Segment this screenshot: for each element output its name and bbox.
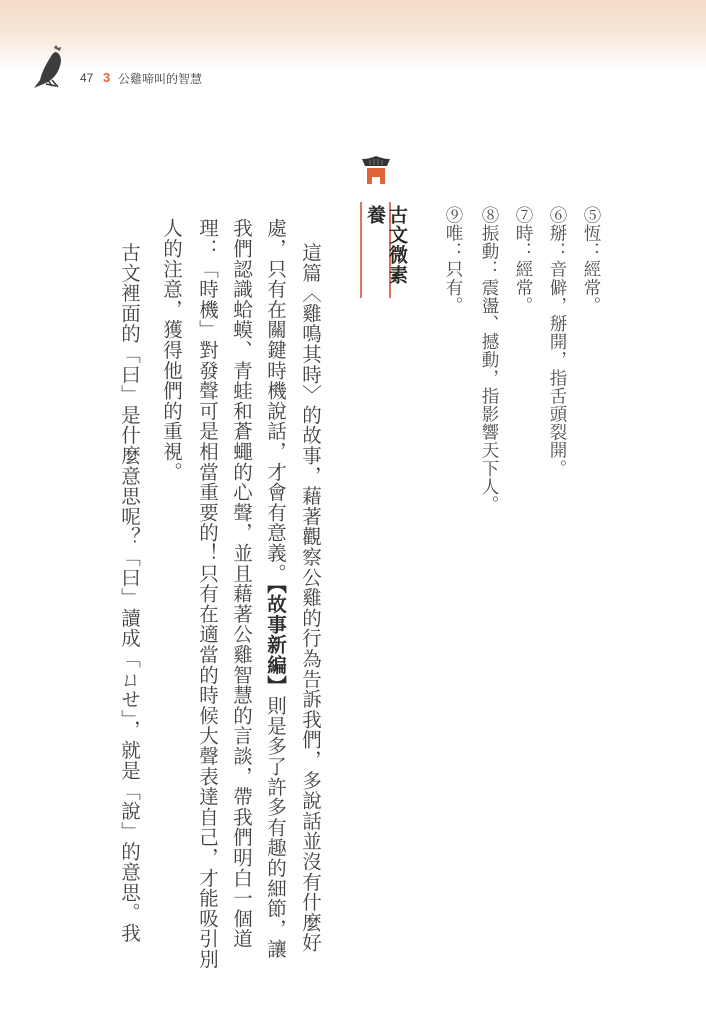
note-number: ⑤ xyxy=(581,206,601,224)
story-retelling-label: 【故事新編】 xyxy=(264,583,287,695)
header-background-wash xyxy=(0,0,706,70)
body-text: 則是多了許多有趣的細節，讓 xyxy=(264,695,287,959)
note-number: ⑥ xyxy=(547,206,567,224)
pagoda-roof-icon xyxy=(361,154,391,192)
rail-left xyxy=(360,202,362,298)
running-header xyxy=(30,44,70,90)
chapter-number: 3 xyxy=(103,70,110,85)
note-number: ⑦ xyxy=(513,206,533,224)
note-text: 振動：震盪、撼動，指影響天下人。 xyxy=(479,224,499,514)
body-text: 處，只有在關鍵時機說話，才會有意義。 xyxy=(264,218,287,583)
note-9: ⑨唯：只有。 xyxy=(443,206,463,315)
section-title: 古文微素養 xyxy=(364,205,408,300)
note-text: 唯：只有。 xyxy=(443,224,463,315)
page-number: 47 xyxy=(80,71,93,85)
body-column-3: 我們認識蛤蟆、青蛙和蒼蠅的心聲，並且藉著公雞智慧的言談，帶我們明白一個道 xyxy=(231,218,251,949)
note-text: 恆：經常。 xyxy=(581,224,601,315)
section-header: 古文微素養 xyxy=(356,150,396,300)
body-column-5: 人的注意，獲得他們的重視。 xyxy=(161,218,181,482)
note-7: ⑦時：經常。 xyxy=(513,206,533,315)
body-column-1: 這篇〈雞鳴其時〉的故事，藉著觀察公雞的行為告訴我們，多說話並沒有什麼好 xyxy=(300,222,320,953)
eagle-icon xyxy=(30,44,70,90)
note-number: ⑧ xyxy=(479,206,499,224)
body-column-2: 處，只有在關鍵時機說話，才會有意義。【故事新編】則是多了許多有趣的細節，讓 xyxy=(265,218,285,959)
note-number: ⑨ xyxy=(443,206,463,224)
note-6: ⑥掰：音僻，掰開，指舌頭裂開。 xyxy=(547,206,567,478)
note-text: 時：經常。 xyxy=(513,224,533,315)
note-5: ⑤恆：經常。 xyxy=(581,206,601,315)
body-column-4: 理：「時機」對發聲可是相當重要的！只有在適當的時候大聲表達自己，才能吸引別 xyxy=(197,218,217,969)
body-column-6: 古文裡面的「曰」是什麼意思呢？「曰」讀成「ㄩせ」，就是「說」的意思。我 xyxy=(119,222,139,943)
note-text: 掰：音僻，掰開，指舌頭裂開。 xyxy=(547,224,567,477)
chapter-title: 公雞啼叫的智慧 xyxy=(118,70,202,87)
note-8: ⑧振動：震盪、撼動，指影響天下人。 xyxy=(479,206,499,514)
